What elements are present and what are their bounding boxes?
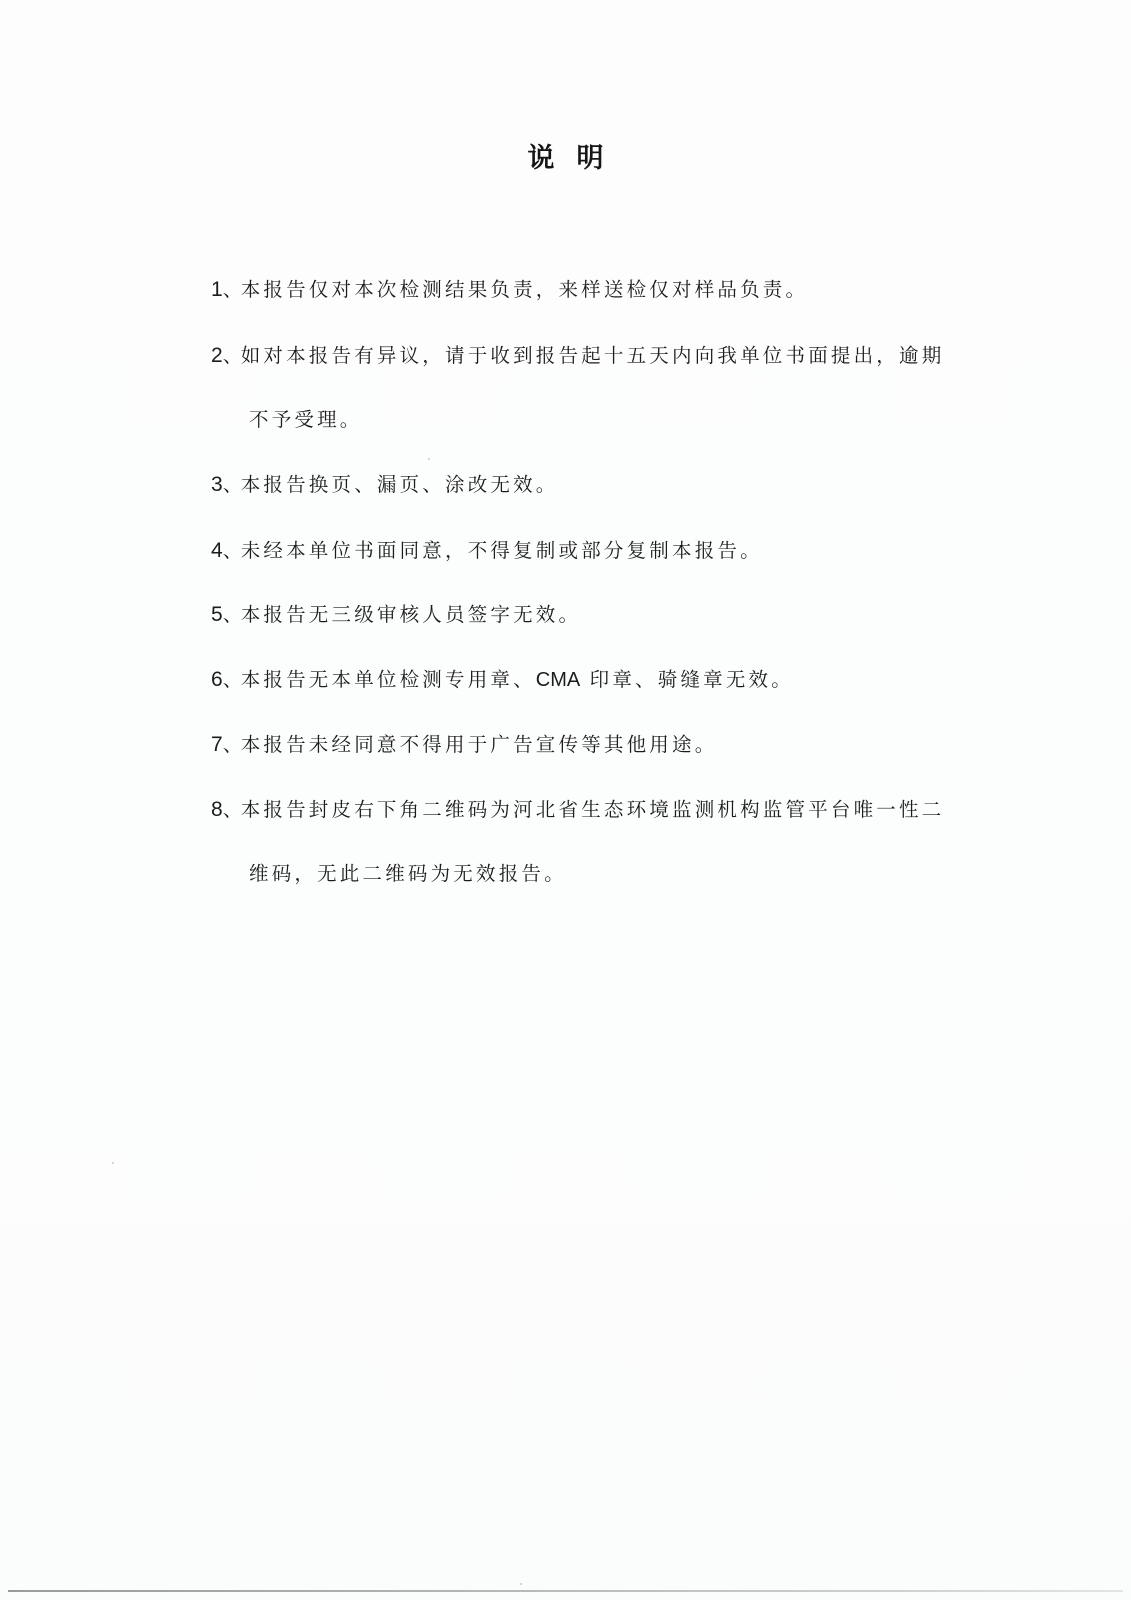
item-separator: 、 — [223, 535, 241, 563]
item-text-after: 印章、骑缝章无效。 — [580, 668, 794, 691]
item-number: 1 — [211, 278, 223, 302]
scan-speck — [112, 1162, 114, 1164]
scan-speck — [520, 1583, 522, 1585]
item-separator: 、 — [223, 729, 241, 757]
item-number: 4 — [211, 539, 223, 563]
notice-item-2-continuation: 不予受理。 — [249, 404, 363, 432]
item-text: 本报告无本单位检测专用章、 — [241, 668, 536, 691]
item-text: 本报告仅对本次检测结果负责，来样送检仅对样品负责。 — [241, 278, 809, 301]
item-separator: 、 — [223, 794, 241, 822]
scan-speck — [428, 458, 430, 460]
item-text: 本报告无三级审核人员签字无效。 — [241, 603, 582, 626]
item-separator: 、 — [223, 340, 241, 368]
item-text: 本报告封皮右下角二维码为河北省生态环境监测机构监管平台唯一性二 — [241, 798, 945, 821]
notice-item-6: 6、本报告无本单位检测专用章、CMA 印章、骑缝章无效。 — [211, 664, 794, 692]
item-number: 6 — [211, 668, 223, 692]
notice-item-8: 8、本报告封皮右下角二维码为河北省生态环境监测机构监管平台唯一性二 — [211, 794, 944, 822]
item-number: 7 — [211, 733, 223, 757]
document-page: 说明 1、本报告仅对本次检测结果负责，来样送检仅对样品负责。 2、如对本报告有异… — [0, 0, 1131, 1600]
item-separator: 、 — [223, 274, 241, 302]
scan-edge-line — [8, 1590, 1123, 1592]
item-separator: 、 — [223, 599, 241, 627]
item-number: 3 — [211, 473, 223, 497]
item-text: 本报告换页、漏页、涂改无效。 — [241, 473, 559, 496]
item-text: 如对本报告有异议，请于收到报告起十五天内向我单位书面提出，逾期 — [241, 344, 945, 367]
item-number: 8 — [211, 798, 223, 822]
item-number: 5 — [211, 603, 223, 627]
item-text: 未经本单位书面同意，不得复制或部分复制本报告。 — [241, 539, 763, 562]
notice-item-4: 4、未经本单位书面同意，不得复制或部分复制本报告。 — [211, 535, 763, 563]
notice-item-3: 3、本报告换页、漏页、涂改无效。 — [211, 469, 559, 497]
page-title: 说明 — [0, 136, 1131, 175]
cma-label: CMA — [536, 669, 580, 691]
item-number: 2 — [211, 344, 223, 368]
item-separator: 、 — [223, 469, 241, 497]
notice-item-7: 7、本报告未经同意不得用于广告宣传等其他用途。 — [211, 729, 717, 757]
notice-item-1: 1、本报告仅对本次检测结果负责，来样送检仅对样品负责。 — [211, 274, 808, 302]
notice-item-5: 5、本报告无三级审核人员签字无效。 — [211, 599, 581, 627]
notice-item-2: 2、如对本报告有异议，请于收到报告起十五天内向我单位书面提出，逾期 — [211, 340, 944, 368]
item-text: 本报告未经同意不得用于广告宣传等其他用途。 — [241, 733, 718, 756]
item-separator: 、 — [223, 664, 241, 692]
notice-item-8-continuation: 维码，无此二维码为无效报告。 — [249, 858, 567, 886]
